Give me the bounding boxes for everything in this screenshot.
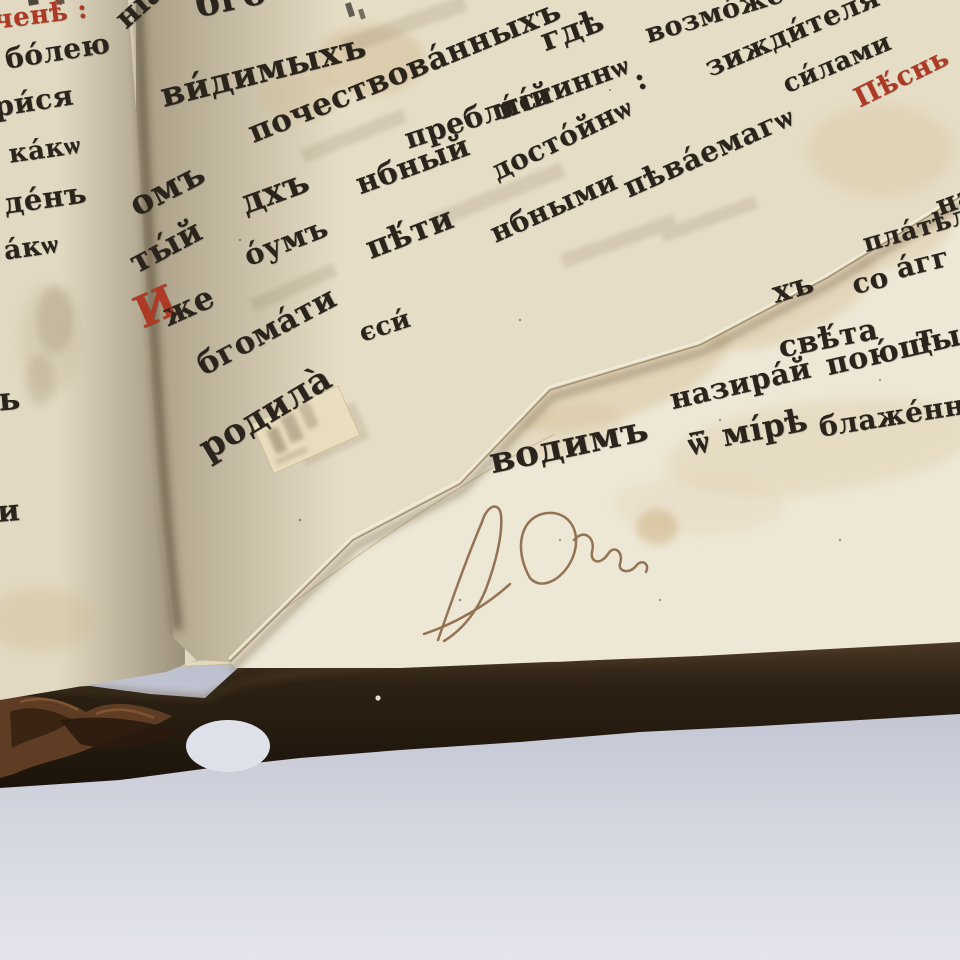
ink-blot-stain [636, 509, 678, 545]
book-photo-graphics [0, 0, 960, 960]
slavonic-word: а́кѡ [2, 230, 60, 264]
photo-old-slavonic-book: ченѣ̀ : бо́лею ри́ся ка́кѡ де́нъ а́кѡ ъ … [0, 0, 960, 960]
cloth-gap [186, 720, 270, 772]
white-speck [375, 695, 380, 700]
smudge [37, 286, 73, 354]
slavonic-word: со [849, 263, 891, 299]
letter-fragment: и [0, 496, 21, 528]
smudge [26, 354, 54, 406]
letter-fragment: ъ [0, 382, 22, 416]
